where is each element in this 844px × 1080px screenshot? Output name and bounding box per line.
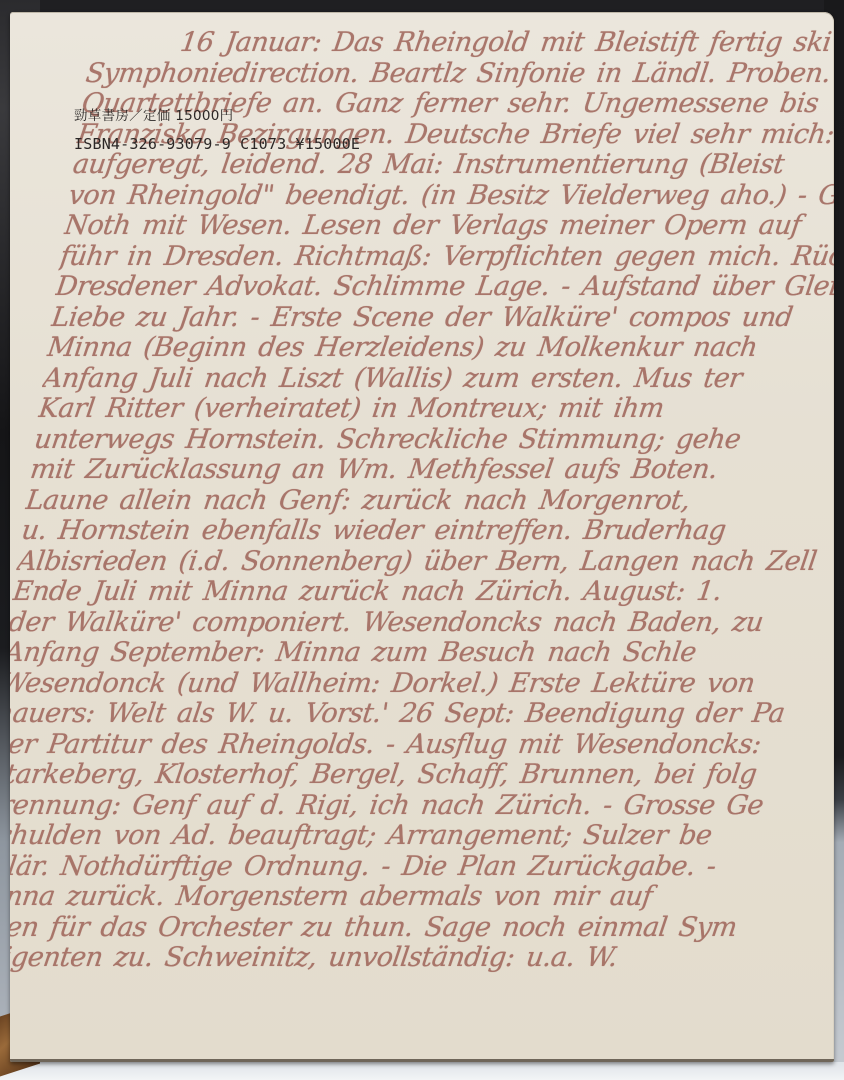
manuscript-line: Anfang Juli nach Liszt (Wallis) zum erst…	[41, 364, 834, 395]
manuscript-line: Schulden von Ad. beauftragt; Arrangement…	[10, 821, 785, 852]
manuscript-line: Anfang September: Minna zum Besuch nach …	[10, 638, 811, 669]
manuscript-line: der Walküre' componiert. Wesendoncks nac…	[10, 608, 815, 639]
manuscript-line: Wesendonck (und Wallheim: Dorkel.) Erste…	[10, 669, 806, 700]
manuscript-line: Dresdener Advokat. Schlimme Lage. - Aufs…	[54, 272, 834, 303]
isbn-text: ISBN4-326-93079-9 C1073 ¥15000E	[74, 135, 360, 153]
slipcase-back: 16 Januar: Das Rheingold mit Bleistift f…	[10, 12, 834, 1062]
manuscript-line: der Partitur des Rheingolds. - Ausflug m…	[10, 730, 798, 761]
manuscript-line: hauers: Welt als W. u. Vorst.' 26 Sept: …	[10, 699, 802, 730]
manuscript-line: u. Hornstein ebenfalls wieder eintreffen…	[20, 516, 828, 547]
manuscript-line: Noth mit Wesen. Lesen der Verlags meiner…	[62, 211, 834, 242]
manuscript-line: Karl Ritter (verheiratet) in Montreux; m…	[37, 394, 834, 425]
manuscript-line: mit Zurücklassung an Wm. Methfessel aufs…	[28, 455, 834, 486]
manuscript-line: Liebe zu Jahr. - Erste Scene der Walküre…	[50, 303, 834, 334]
manuscript-line: Starkeberg, Klosterhof, Bergel, Schaff, …	[10, 760, 794, 791]
manuscript-line: Dirigenten zu. Schweinitz, unvollständig…	[10, 943, 768, 974]
printed-label: 勁草書房／定価 15000円 ISBN4-326-93079-9 C1073 ¥…	[74, 104, 360, 153]
manuscript-line: Trennung: Genf auf d. Rigi, ich nach Zür…	[10, 791, 789, 822]
publisher-price-text: 勁草書房／定価 15000円	[74, 104, 360, 124]
surface-bottom	[0, 1062, 844, 1080]
manuscript-line: Albisrieden (i.d. Sonnenberg) über Bern,…	[15, 547, 823, 578]
manuscript-line: Minna zurück. Morgenstern abermals von m…	[10, 882, 776, 913]
manuscript-line: Salär. Nothdürftige Ordnung. - Die Plan …	[10, 852, 781, 883]
manuscript-line: Symphoniedirection. Beartlz Sinfonie in …	[84, 59, 834, 90]
manuscript-line: Ende Juli mit Minna zurück nach Zürich. …	[11, 577, 819, 608]
manuscript-line: Laune allein nach Genf: zurück nach Morg…	[24, 486, 832, 517]
manuscript-line: von Rheingold" beendigt. (in Besitz Viel…	[67, 181, 834, 212]
manuscript-line: unterwegs Hornstein. Schreckliche Stimmu…	[32, 425, 834, 456]
manuscript-line: einen für das Orchester zu thun. Sage no…	[10, 913, 772, 944]
manuscript-line: aufgeregt, leidend. 28 Mai: Instrumentie…	[71, 150, 834, 181]
manuscript-line: führ in Dresden. Richtmaß: Verpflichten …	[58, 242, 834, 273]
manuscript-line: Minna (Beginn des Herzleidens) zu Molken…	[45, 333, 834, 364]
manuscript-line: 16 Januar: Das Rheingold mit Bleistift f…	[88, 28, 834, 59]
manuscript-text: 16 Januar: Das Rheingold mit Bleistift f…	[10, 28, 834, 974]
